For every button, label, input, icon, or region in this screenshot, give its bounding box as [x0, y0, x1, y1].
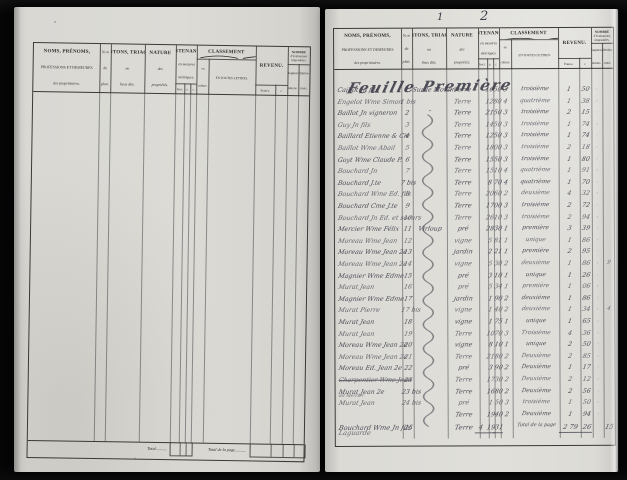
header-cell-names: NOMS, PRÉNOMS, PROFESSIONS ET DEMEURES d… [334, 29, 402, 69]
col-label: Augmen- [287, 71, 299, 75]
cell-n: Murat Pierre [338, 308, 401, 315]
cell-t: Terre [446, 111, 479, 117]
scan-background: NOMS, PRÉNOMS, PROFESSIONS ET DEMEURES d… [0, 0, 627, 480]
cell-m1: , [591, 180, 603, 185]
cell-n: Goyt Wme Claude P. [337, 157, 400, 164]
cell-t: Terre [447, 331, 480, 337]
col-label: hect. [177, 87, 183, 91]
register-table-right: NOMS, PRÉNOMS, PROFESSIONS ET DEMEURES d… [333, 27, 616, 447]
cell-t: pré [446, 227, 479, 233]
col-label: CONTENANCES [176, 49, 199, 55]
cell-p: 8 [400, 192, 415, 198]
cell-rf: 2 [558, 203, 580, 209]
cell-m1: , [591, 133, 603, 138]
cell-rc: 70 [579, 180, 592, 186]
header-cell-nombre: NOMBRE d'évaluations imposables. [591, 28, 613, 43]
cell-rc: 80 [579, 156, 592, 162]
cell-rf: 1 [558, 87, 580, 93]
cell-rc: 94 [579, 214, 592, 220]
column-rule [293, 444, 294, 457]
paper-speck [54, 21, 56, 23]
cell-m1: , [591, 156, 603, 161]
col-label: PROFESSIONS ET DEMEURES [342, 47, 394, 51]
header-cell-revenu: REVENU. [558, 28, 592, 58]
cell-rf: 1 [558, 180, 580, 186]
cell-rf: 1 [558, 273, 580, 279]
col-label: Diminu- [299, 71, 310, 75]
col-label: NOMS, PRÉNOMS, [44, 49, 91, 55]
col-label: c. [495, 62, 497, 66]
col-label: REVENU. [563, 40, 587, 45]
folio-number-right: 2 [480, 9, 488, 24]
col-label: métriques. [481, 51, 497, 55]
col-label: tions. [300, 86, 307, 90]
header-cell-nombre: NOMBRE d'évaluations imposables. [288, 47, 310, 64]
cell-m1: , [592, 296, 604, 301]
col-label: ou [125, 67, 129, 71]
cell-rf: 2 [558, 110, 580, 116]
col-label: métriques. [178, 75, 194, 79]
cell-m1: , [591, 249, 603, 254]
cell-p: 6 [399, 157, 414, 163]
cell-rf: 4 [559, 331, 581, 337]
cell-clt: deuxième [512, 296, 560, 302]
cell-clt: Deuxième [512, 354, 560, 360]
col-label: EN TOUTES LETTRES. [216, 75, 248, 80]
col-label: imposables. [594, 37, 609, 41]
cell-p: 23 [400, 378, 415, 384]
column-rule [105, 92, 111, 441]
cell-t: jardin [446, 296, 479, 302]
cell-m1: , [591, 110, 603, 115]
cell-t: vigne [447, 319, 480, 325]
column-rule [191, 94, 197, 443]
cell-rc: 38 [579, 98, 592, 104]
cell-n: Bouchard Jn Ed. et soeurs [338, 215, 401, 222]
cell-t: Terre [447, 389, 480, 395]
col-label: lieux dits. [422, 60, 437, 64]
total-box-revenu [249, 443, 306, 458]
cell-m1: , [591, 214, 603, 219]
table-row: Terre19402Deuxième194, [336, 411, 615, 424]
cell-clt: troisième [511, 110, 559, 116]
cell-name-line2: Laguarde [338, 430, 401, 437]
cell-rf: 2 [558, 249, 580, 255]
column-rule [170, 93, 176, 442]
cell-t: pré [447, 401, 480, 407]
cell-rf: 1 [558, 261, 580, 267]
col-label: tations. [592, 61, 601, 65]
col-label: plan. [101, 82, 109, 86]
column-rule [179, 93, 185, 442]
cell-rc: 86 [579, 296, 592, 302]
cell-p: 24 bis [401, 401, 416, 407]
cell-p: 18 [400, 320, 415, 326]
header-cell-contenances: CONTENANCES en mesures métriques. [478, 28, 500, 58]
cell-rf: 1 [558, 99, 580, 105]
cell-k: Sur le Moulin [411, 88, 446, 94]
cell-rf: 1 [559, 284, 581, 290]
cell-rf: 1 [559, 307, 581, 313]
cell-n: Charpentier Wme Jean [338, 378, 401, 385]
cell-p: 20 [400, 343, 415, 349]
cell-clt: première [512, 284, 560, 290]
cell-p: 4 [399, 134, 414, 140]
cell-m1: , [592, 342, 604, 347]
header-cell-cantons: CANTONS, TRIAGES ou lieux dits. [412, 29, 447, 69]
header-sub-toutes-lettres: EN TOUTES LETTRES. [208, 59, 256, 96]
header-cell-classement: CLASSEMENT [197, 46, 256, 60]
col-label: en mesures [178, 63, 195, 67]
cell-clt: première [511, 226, 559, 232]
cell-n: Magnier Wme Edme [338, 273, 401, 280]
col-label: CANTONS, TRIAGES [412, 33, 447, 38]
cell-m1: , [591, 238, 603, 243]
cell-t: Terre [447, 354, 480, 360]
col-label: NOMS, PRÉNOMS, [344, 33, 391, 38]
cell-p: 17 bis [400, 308, 415, 314]
cell-m1: , [592, 272, 604, 277]
cell-t: pré [447, 366, 480, 372]
cell-rf: 2 [558, 215, 580, 221]
cell-rf: 1 [559, 400, 581, 406]
total-centiares: 31 [493, 424, 505, 433]
header-sub-diminutions: Diminu- tions. [602, 43, 613, 69]
cell-clt: troisième [511, 157, 559, 163]
cell-k: ″ [412, 111, 447, 117]
header-sub-toutes-lettres: EN TOUTES LETTRES. [511, 39, 559, 69]
cell-m1: , [592, 261, 604, 266]
col-label: NATURE [149, 51, 171, 56]
cell-t: Terre [445, 87, 478, 93]
cell-m1: , [591, 87, 603, 92]
cell-rf: 1 [558, 122, 580, 128]
header-cell-cantons: CANTONS, TRIAGES ou lieux dits. [110, 44, 145, 93]
cell-m1: , [591, 203, 603, 208]
cell-k: Virloup [412, 227, 447, 233]
cell-clt: unique [512, 273, 560, 279]
cell-n: Magnier Wme Edme [338, 297, 401, 304]
cell-t: pré [446, 285, 479, 291]
cell-p: 1 bis [399, 99, 414, 105]
cell-rc: 86 [579, 261, 592, 267]
total-nombre: 15 [603, 424, 616, 431]
table-header: NOMS, PRÉNOMS, PROFESSIONS ET DEMEURES d… [33, 43, 310, 96]
column-rule [94, 92, 100, 441]
cell-t: Terre [446, 215, 479, 221]
left-footer: Total........... Total de la page.......… [27, 440, 303, 460]
cell-clt: Deuxième [512, 389, 560, 395]
col-label: N.os [102, 50, 109, 54]
total-page-label: Total de la page [512, 424, 560, 429]
cell-n2: dit Mercier [338, 395, 400, 400]
cell-n: Murat Jean [338, 401, 401, 408]
cell-p: 9 [400, 204, 415, 210]
cell-clt: quatrième [511, 99, 559, 105]
cell-n: Baillot Jn vigneron [337, 111, 400, 118]
cell-rc: 26 [579, 272, 592, 278]
cell-clt: troisième [511, 203, 559, 209]
cell-rf: 1 [558, 238, 580, 244]
col-label: propriétés. [152, 83, 168, 87]
table-header: NOMS, PRÉNOMS, PROFESSIONS ET DEMEURES d… [334, 28, 613, 70]
cell-m1: , [591, 122, 603, 127]
header-cell-contenances: CONTENANCES en mesures métriques. [176, 45, 199, 83]
col-label: c. [584, 62, 586, 66]
cell-rf: 2 [558, 145, 580, 151]
cell-rf: 4 [558, 191, 580, 197]
col-label: culture. [500, 60, 510, 64]
cell-clt: unique [511, 238, 559, 244]
col-label: lieux dits. [120, 83, 135, 87]
cell-t: Terre [446, 203, 479, 209]
col-label: des [459, 47, 464, 51]
cell-m1: , [592, 388, 604, 393]
cell-rf: 1 [559, 412, 581, 418]
cell-rc: 12 [580, 377, 593, 383]
folio-number-left: 1 [437, 12, 443, 23]
cell-p: 7 bis [400, 180, 415, 186]
cell-clt: troisième [511, 215, 559, 221]
header-cell-revenu: REVENU. [255, 46, 289, 85]
cell-p: 7 [400, 169, 415, 175]
col-label: c. [280, 89, 282, 93]
cell-rc: 74 [579, 122, 592, 128]
left-body-column-lines [28, 91, 309, 445]
col-label: CANTONS, TRIAGES [110, 50, 145, 56]
cell-m2: 9 [602, 261, 614, 266]
col-label: a. [489, 62, 491, 66]
col-label: en mesures [480, 42, 497, 46]
cell-n: Baillard Etienne & Cie [337, 134, 400, 141]
cell-m1: , [591, 145, 603, 150]
cell-n: Guy Jn fils [337, 123, 400, 130]
cell-n: Moreau Wme Jean 2e [338, 250, 401, 257]
cell-p: 23 bis [400, 389, 415, 395]
cell-m1: , [592, 365, 604, 370]
cell-p: 12 [400, 238, 415, 244]
cell-clt: deuxième [512, 261, 560, 267]
cell-p: 15 [400, 273, 415, 279]
column-rule [138, 93, 144, 442]
cell-clt: troisième [512, 400, 560, 406]
col-label: imposables. [291, 58, 306, 62]
cell-m1: , [592, 354, 604, 359]
cell-rc: 18 [579, 145, 592, 151]
cell-rc: 85 [580, 354, 593, 360]
cell-clt: troisième [511, 87, 559, 93]
cell-rf: 3 [558, 226, 580, 232]
cell-rf: 1 [559, 319, 581, 325]
column-rule [180, 442, 181, 455]
cell-m1: , [592, 377, 604, 382]
cell-n: Moreau Ed. Jean 2e [338, 366, 401, 373]
cell-clt: troisième [511, 122, 559, 128]
cell-n: Moreau Wme Jean [338, 239, 401, 246]
col-label: des propriétaires. [53, 81, 80, 85]
cell-m1: , [591, 191, 603, 196]
cell-t: Terre [446, 134, 479, 140]
cell-t: vigne [446, 261, 479, 267]
cell-rc: 56 [580, 388, 593, 394]
cell-rf: 1 [558, 157, 580, 163]
cell-n: Bouchard Cme J.te [337, 204, 400, 211]
cell-n: Bouchard Wme Ed. fils [337, 192, 400, 199]
cell-t: Terre [446, 122, 479, 128]
cell-t: pré [446, 273, 479, 279]
cell-t: vigne [447, 343, 480, 349]
cell-rf: 1 [558, 168, 580, 174]
cell-p: 13 [400, 250, 415, 256]
col-label: des [158, 67, 163, 71]
cell-p: 16 [400, 285, 415, 291]
cell-rc: 86 [579, 238, 592, 244]
column-rule [203, 94, 209, 443]
header-cell-names: NOMS, PRÉNOMS, PROFESSIONS ET DEMEURES d… [33, 43, 101, 92]
cell-m1: , [591, 98, 603, 103]
total-page-label: Total de la page........... [186, 446, 246, 452]
cell-p: 5 [399, 146, 414, 152]
cell-rf: 1 [558, 133, 580, 139]
cell-n: Murat Jean [338, 320, 401, 327]
cell-n: Murat Jean [338, 331, 401, 338]
header-cell-classement: CLASSEMENT [499, 28, 559, 39]
cell-m1: , [592, 330, 604, 335]
column-rule [270, 95, 276, 444]
col-label: plan. [403, 60, 411, 64]
total-revenu-centimes: 26 [580, 424, 594, 433]
column-rule [293, 95, 299, 444]
cell-clt: troisième [511, 133, 559, 139]
cell-p: 10 [400, 215, 415, 221]
cell-rf: 2 [559, 354, 581, 360]
cell-clt: Troisième [512, 331, 560, 337]
col-label: ou [427, 47, 431, 51]
cell-n: Bouchard Jn [337, 169, 400, 176]
cell-clt: Deuxième [512, 412, 560, 418]
cell-p: 21 [400, 354, 415, 360]
cell-m1: , [592, 412, 604, 417]
cell-m1: , [592, 400, 604, 405]
cell-n: Moreau Wme Jean 2e [338, 355, 401, 362]
cell-n: Caillot Jn fils [337, 88, 400, 95]
cell-n: Moreau Wme Jean 2e [338, 262, 401, 269]
col-label: NATURE [451, 33, 473, 38]
cell-rc: 72 [579, 203, 592, 209]
cell-t: Terre [446, 169, 479, 175]
right-body-rows: Caillot Jn fils1Sur le MoulinTerre16503t… [334, 68, 615, 439]
col-label: Francs. [564, 62, 573, 66]
column-rule [283, 444, 284, 457]
cell-clt: Deuxième [512, 377, 560, 383]
col-label: PROFESSIONS ET DEMEURES [41, 66, 93, 71]
cell-clt: première [512, 249, 560, 255]
cell-t: Terre [447, 412, 480, 418]
col-label: propriétés. [454, 60, 470, 64]
column-rule [249, 94, 255, 443]
cell-rf: 1 [559, 296, 581, 302]
cell-p: 17 [400, 296, 415, 302]
cell-m1: , [591, 168, 603, 173]
left-page: NOMS, PRÉNOMS, PROFESSIONS ET DEMEURES d… [14, 7, 320, 472]
header-cell-nature: NATURE des propriétés. [144, 45, 177, 94]
cell-t: Terre [446, 180, 479, 186]
total-row: Bouchard Wme Jn fils Laguarde 25 Terre 4… [336, 423, 615, 439]
cell-t: Terre [446, 145, 479, 151]
cell-rc: 50 [579, 87, 592, 93]
cell-n: Murat Jean [338, 285, 401, 292]
cell-rf: 1 [559, 365, 581, 371]
col-label: Francs. [261, 89, 270, 93]
cell-rf: 2 [559, 389, 581, 395]
cell-t: Terre [446, 157, 479, 163]
col-label: Augmen- [591, 48, 603, 52]
cell-m2: 4 [602, 307, 614, 312]
column-rule [282, 95, 288, 444]
col-label: N.os [403, 33, 410, 37]
col-label: en [201, 66, 204, 70]
cell-t: Terre [446, 99, 479, 105]
col-label: REVENU. [260, 63, 284, 68]
right-page: 1 2 NOMS, PRÉNOMS, PROFESSIONS ET DEMEUR… [325, 9, 618, 472]
cell-t: Terre [446, 192, 479, 198]
cell-clt: quatrième [511, 168, 559, 174]
cell-p: 14 [400, 262, 415, 268]
cell-t: vigne [446, 238, 479, 244]
cell-p: 22 [400, 366, 415, 372]
col-label: des propriétaires. [354, 60, 381, 64]
cell-clt: quatrième [511, 180, 559, 186]
total-revenu-francs: 2 79 [559, 424, 582, 433]
col-label: tions. [604, 61, 611, 65]
cell-clt: unique [512, 319, 560, 325]
cell-m1: , [591, 226, 603, 231]
cell-clt: deuxième [511, 191, 559, 197]
cell-rc: 65 [580, 319, 593, 325]
column-rule [185, 93, 191, 442]
column-rule [271, 444, 272, 457]
col-label: c. [192, 88, 194, 92]
cell-clt: deuxième [512, 307, 560, 313]
col-label: du [405, 47, 409, 51]
total-label: Total........... [110, 445, 167, 451]
cell-n: Mercier Wme Félix [338, 227, 401, 234]
col-label: Diminu- [602, 48, 613, 52]
cell-rc: 36 [580, 330, 593, 336]
cell-n: Moreau Wme Jean 2e [338, 343, 401, 350]
col-label: culture. [198, 84, 208, 88]
cell-n: Baillot Wme Abail [337, 146, 400, 153]
col-label: tations. [288, 86, 297, 90]
col-label: du [103, 66, 107, 70]
header-cell-nature: NATURE des propriétés. [446, 28, 479, 68]
cell-t: vigne [446, 308, 479, 314]
cell-rc: 94 [580, 412, 593, 418]
col-label: EN TOUTES LETTRES. [519, 53, 551, 57]
cell-t: jardin [446, 250, 479, 256]
cell-rf: 2 [559, 377, 581, 383]
col-label: hect. [480, 62, 486, 66]
cell-clt: unique [512, 342, 560, 348]
cell-p: 19 [400, 331, 415, 337]
cell-n: Engelot Wme Simon [337, 99, 400, 106]
cell-clt: troisième [511, 145, 559, 151]
register-table-left: NOMS, PRÉNOMS, PROFESSIONS ET DEMEURES d… [26, 42, 310, 462]
cell-t: Terre [447, 377, 480, 383]
col-label: a. [186, 87, 188, 91]
cell-plan: 25 [401, 425, 416, 432]
cell-m1: , [592, 319, 604, 324]
